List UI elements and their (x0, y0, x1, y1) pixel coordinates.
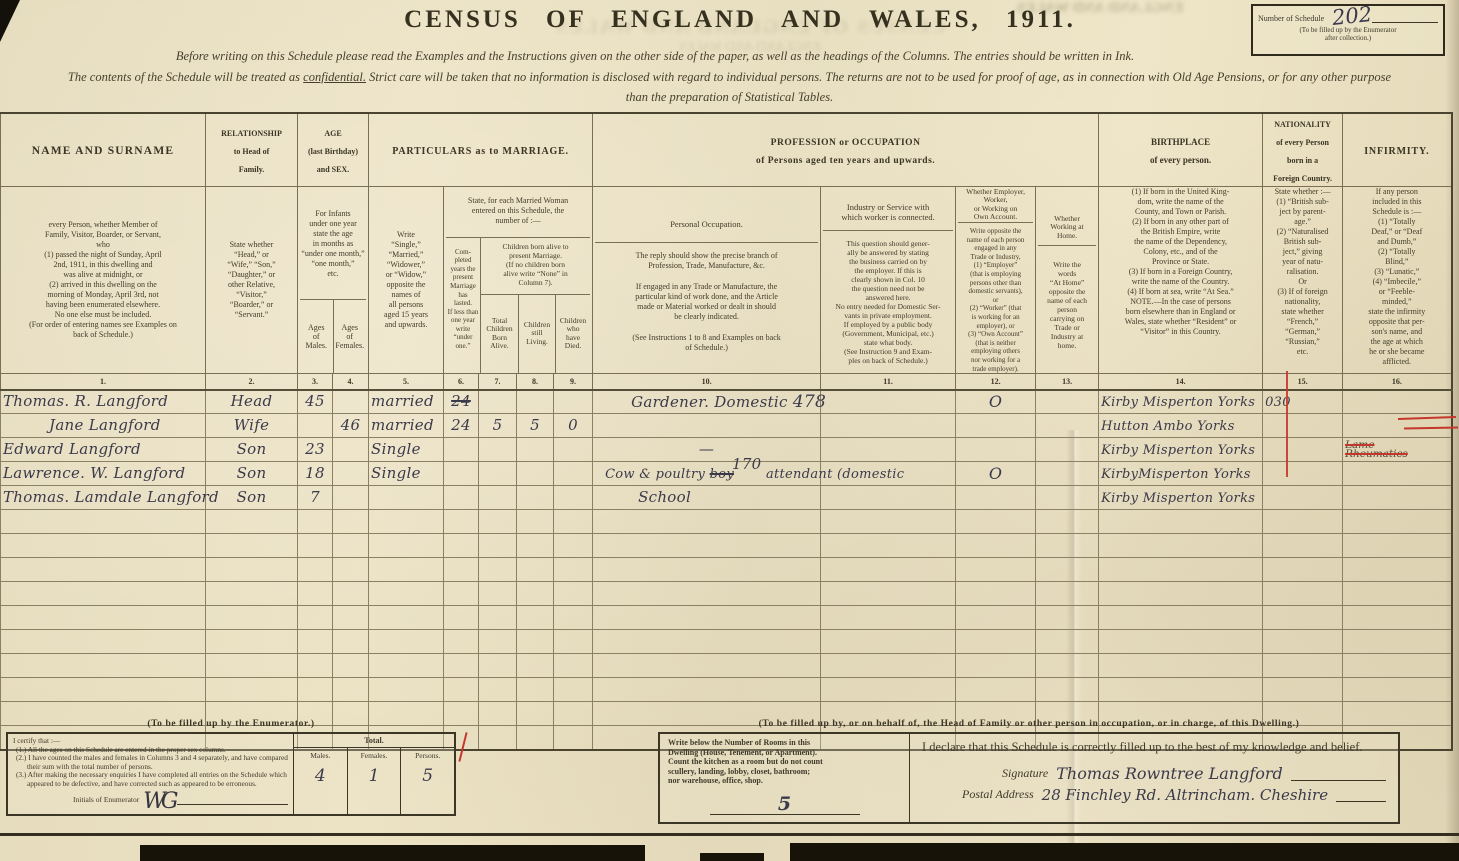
age-entry: 23 (305, 440, 325, 458)
empty-cell (333, 510, 369, 534)
empty-cell (517, 630, 554, 654)
marital-entry: Single (371, 464, 421, 482)
note-underlined-word: confidential. (303, 70, 366, 84)
empty-cell (593, 534, 821, 558)
empty-cell (1036, 534, 1099, 558)
empty-cell (333, 678, 369, 702)
age-entry: 45 (305, 392, 325, 410)
empty-cell (369, 654, 444, 678)
empty-cell (1, 534, 206, 558)
empty-cell (593, 582, 821, 606)
cell-infirmity (1343, 462, 1452, 486)
empty-table-row (1, 630, 1452, 654)
cell-nationality (1263, 438, 1343, 462)
cell-age-male: 45 (298, 390, 333, 414)
empty-cell (1, 558, 206, 582)
empty-cell (369, 678, 444, 702)
cell-occupation (593, 414, 821, 438)
cell-at-home (1036, 438, 1099, 462)
col-instructions-employer: Whether Employer, Worker, or Working on … (956, 187, 1036, 374)
column-number: 8. (517, 374, 554, 390)
signature-label: Signature (1002, 766, 1048, 781)
cell-children-living (517, 390, 554, 414)
totals-males: Males. 4 (294, 748, 347, 814)
group-label: RELATIONSHIP to Head of Family. (221, 129, 282, 174)
name-entry: Thomas. R. Langford (3, 392, 168, 410)
confidentiality-note-tail: than the preparation of Statistical Tabl… (0, 90, 1459, 105)
group-name-surname: NAME AND SURNAME (1, 113, 206, 187)
col-instructions-at-home: Whether Working at Home. Write the words… (1036, 187, 1099, 374)
empty-cell (444, 678, 479, 702)
cell-employer (956, 438, 1036, 462)
empty-cell (479, 678, 517, 702)
employer-annotation: O (989, 464, 1002, 483)
empty-cell (1, 654, 206, 678)
cell-name: Thomas. R. Langford (1, 390, 206, 414)
cell-age-female (333, 462, 369, 486)
cell-age-male: 18 (298, 462, 333, 486)
empty-cell (554, 534, 593, 558)
cell-children-born (479, 462, 517, 486)
occupation-code-annotation: 478 (793, 392, 826, 412)
cell-children-born (479, 390, 517, 414)
page-title: CENSUS OF ENGLAND AND WALES, 1911. (340, 6, 1140, 34)
empty-cell (333, 630, 369, 654)
relationship-entry: Son (237, 488, 267, 506)
cell-name: Lawrence. W. Langford (1, 462, 206, 486)
years-married-entry-struck: 24 (451, 392, 471, 410)
column-number: 3. (298, 374, 333, 390)
cell-age-female (333, 390, 369, 414)
col-instructions-relationship: State whether “Head,” or “Wife,” “Son,” … (206, 187, 298, 374)
cell-occupation: Gardener. Domestic478 (593, 390, 821, 414)
scan-edge-bar (700, 853, 764, 861)
cell-at-home (1036, 414, 1099, 438)
empty-cell (517, 678, 554, 702)
cell-nationality: 030 (1263, 390, 1343, 414)
cell-birthplace: Kirby Misperton Yorks (1099, 390, 1263, 414)
cell-marital: married (369, 414, 444, 438)
enumerator-section: (To be filled up by the Enumerator.) I c… (6, 719, 456, 816)
cell-children-died (554, 462, 593, 486)
empty-cell (517, 582, 554, 606)
signature-entry: Thomas Rowntree Langford (1056, 764, 1283, 783)
children-died-label: Children who have Died. (556, 295, 590, 373)
enumerator-initials-signature: WG (143, 795, 173, 809)
rooms-instructions: Write below the Number of Rooms in this … (668, 738, 901, 786)
group-age-sex: AGE (last Birthday) and SEX. (298, 113, 369, 187)
empty-cell (479, 510, 517, 534)
empty-cell (956, 678, 1036, 702)
empty-cell (956, 510, 1036, 534)
birthplace-entry: Hutton Ambo Yorks (1101, 419, 1235, 434)
col-instructions-nationality: State whether :— (1) “British sub- ject … (1263, 187, 1343, 374)
empty-cell (206, 534, 298, 558)
declaration-text: I declare that this Schedule is correctl… (922, 740, 1386, 755)
cell-relationship: Son (206, 462, 298, 486)
empty-cell (554, 630, 593, 654)
group-label: NATIONALITY of every Person born in a Fo… (1273, 120, 1332, 183)
marital-entry: Single (371, 440, 421, 458)
cell-children-living (517, 462, 554, 486)
empty-cell (554, 558, 593, 582)
empty-cell (1263, 558, 1343, 582)
cell-age-female (333, 486, 369, 510)
children-died-entry: 0 (568, 416, 578, 434)
empty-cell (206, 558, 298, 582)
cell-infirmity (1343, 390, 1452, 414)
bottom-rule-line (0, 833, 1459, 836)
cell-name: Thomas. Lamdale Langford (1, 486, 206, 510)
name-entry: Jane Langford (49, 416, 161, 434)
empty-cell (369, 582, 444, 606)
initials-label: Initials of Enumerator (73, 796, 139, 805)
cell-name: Jane Langford (1, 414, 206, 438)
empty-cell (1036, 606, 1099, 630)
occupation-entry: — (699, 440, 714, 458)
col-instructions-age: For Infants under one year state the age… (298, 187, 369, 374)
column-number: 2. (206, 374, 298, 390)
signature-line (1291, 774, 1386, 781)
empty-table-row (1, 534, 1452, 558)
column-number: 1. (1, 374, 206, 390)
column-number: 11. (821, 374, 956, 390)
relationship-entry: Son (237, 464, 267, 482)
note-text: The contents of the Schedule will be tre… (68, 70, 303, 84)
cell-occupation: — (593, 438, 821, 462)
column-number-row: 1. 2. 3. 4. 5. 6. 7. 8. 9. 10. 11. 12. 1… (1, 374, 1452, 390)
name-entry: Lawrence. W. Langford (3, 464, 185, 482)
empty-cell (821, 510, 956, 534)
empty-cell (369, 534, 444, 558)
red-annotation-line (1286, 371, 1288, 477)
group-infirmity: INFIRMITY. (1343, 113, 1452, 187)
cell-at-home (1036, 462, 1099, 486)
at-home-title: Whether Working at Home. (1038, 210, 1096, 246)
group-label: PARTICULARS as to MARRIAGE. (392, 146, 569, 157)
table-row: Jane Langford Wife 46 married 24 5 5 0 H… (1, 414, 1452, 438)
empty-cell (821, 534, 956, 558)
cell-birthplace: KirbyMisperton Yorks (1099, 462, 1263, 486)
cell-at-home (1036, 486, 1099, 510)
empty-cell (1, 678, 206, 702)
empty-table-row (1, 558, 1452, 582)
empty-cell (517, 534, 554, 558)
cell-industry (821, 438, 956, 462)
empty-table-row (1, 510, 1452, 534)
empty-cell (554, 606, 593, 630)
note-text: Strict care will be taken that no inform… (366, 70, 1391, 84)
empty-cell (1036, 654, 1099, 678)
scan-edge-bar (140, 845, 645, 861)
empty-cell (333, 558, 369, 582)
empty-cell (479, 606, 517, 630)
age-entry: 7 (310, 488, 320, 506)
industry-body: This question should gener- ally be answ… (823, 231, 953, 365)
cell-name: Edward Langford (1, 438, 206, 462)
empty-cell (1099, 606, 1263, 630)
industry-title: Industry or Service with which worker is… (823, 195, 953, 231)
cell-employer: O (956, 462, 1036, 486)
empty-cell (444, 582, 479, 606)
table-row: Thomas. R. Langford Head 45 married 24 G… (1, 390, 1452, 414)
empty-cell (821, 582, 956, 606)
empty-cell (593, 510, 821, 534)
occupation-body: The reply should show the precise branch… (595, 243, 818, 353)
occupation-entry: Gardener. Domestic (631, 393, 788, 411)
empty-cell (1099, 534, 1263, 558)
empty-cell (206, 582, 298, 606)
empty-cell (1099, 510, 1263, 534)
cell-industry (821, 390, 956, 414)
empty-cell (1, 606, 206, 630)
empty-cell (554, 726, 593, 750)
empty-cell (1343, 582, 1452, 606)
empty-cell (369, 510, 444, 534)
empty-cell (956, 558, 1036, 582)
cell-occupation: School (593, 486, 821, 510)
empty-cell (479, 630, 517, 654)
cell-marital (369, 486, 444, 510)
males-value: 4 (315, 766, 326, 786)
empty-cell (1099, 678, 1263, 702)
group-label: BIRTHPLACE of every person. (1150, 137, 1211, 165)
initials-line (177, 794, 288, 805)
cell-marital: Single (369, 462, 444, 486)
cell-birthplace: Hutton Ambo Yorks (1099, 414, 1263, 438)
group-label: NAME AND SURNAME (32, 145, 175, 157)
scan-edge-bar (790, 843, 1459, 861)
infirmity-entry-struck: Rheumatics (1345, 450, 1449, 459)
group-header-row: NAME AND SURNAME RELATIONSHIP to Head of… (1, 113, 1452, 187)
empty-cell (206, 630, 298, 654)
occupation-entry: School (638, 488, 691, 506)
enumerator-heading: (To be filled up by the Enumerator.) (6, 719, 456, 729)
cell-marital: Single (369, 438, 444, 462)
empty-cell (517, 558, 554, 582)
column-number: 9. (554, 374, 593, 390)
name-entry: Edward Langford (3, 440, 141, 458)
empty-cell (1036, 510, 1099, 534)
table-row: Edward Langford Son 23 Single — Kirby Mi… (1, 438, 1452, 462)
confidentiality-note: The contents of the Schedule will be tre… (0, 70, 1459, 85)
cell-industry (821, 414, 956, 438)
empty-cell (821, 630, 956, 654)
group-relationship: RELATIONSHIP to Head of Family. (206, 113, 298, 187)
empty-cell (298, 606, 333, 630)
occupation-entry-struck: boy (710, 467, 734, 482)
employer-body: Write opposite the name of each person e… (958, 223, 1033, 373)
instruction-note: Before writing on this Schedule please r… (30, 49, 1280, 64)
group-profession: PROFESSION or OCCUPATION of Persons aged… (593, 113, 1099, 187)
cell-years-married (444, 438, 479, 462)
schedule-number-value: 202 (1332, 7, 1373, 25)
col-instructions-infirmity: If any person included in this Schedule … (1343, 187, 1452, 374)
cell-children-born (479, 438, 517, 462)
empty-cell (956, 582, 1036, 606)
empty-cell (1263, 534, 1343, 558)
infants-note: For Infants under one year state the age… (300, 187, 366, 299)
name-entry: Thomas. Lamdale Langford (3, 488, 219, 506)
cell-age-male: 7 (298, 486, 333, 510)
empty-cell (1263, 606, 1343, 630)
empty-cell (206, 654, 298, 678)
employer-annotation: O (989, 392, 1002, 411)
empty-cell (517, 726, 554, 750)
cell-age-male (298, 414, 333, 438)
empty-cell (1036, 630, 1099, 654)
empty-cell (517, 654, 554, 678)
certify-item: (3.) After making the necessary enquirie… (13, 771, 288, 788)
empty-cell (554, 702, 593, 726)
empty-cell (593, 606, 821, 630)
empty-cell (333, 654, 369, 678)
marital-entry: married (371, 416, 434, 434)
persons-label: Persons. (415, 748, 440, 760)
empty-cell (298, 582, 333, 606)
relationship-entry: Head (231, 392, 273, 410)
occupation-entry: Cow & poultry (605, 467, 710, 482)
schedule-number-label: Number of Schedule (1258, 14, 1324, 23)
empty-cell (1099, 582, 1263, 606)
column-number: 6. (444, 374, 479, 390)
children-born-entry: 5 (493, 416, 503, 434)
empty-table-row (1, 582, 1452, 606)
table-row: Lawrence. W. Langford Son 18 Single Cow … (1, 462, 1452, 486)
empty-cell (517, 702, 554, 726)
females-value: 1 (369, 766, 380, 786)
empty-cell (593, 678, 821, 702)
at-home-body: Write the words “At Home” opposite the n… (1038, 246, 1096, 350)
relationship-entry: Son (237, 440, 267, 458)
scan-corner-artifact (0, 0, 20, 42)
totals-persons: Persons. 5 (400, 748, 454, 814)
empty-cell (956, 630, 1036, 654)
empty-cell (1099, 654, 1263, 678)
cell-at-home (1036, 390, 1099, 414)
totals-table: Total. Males. 4 Females. 1 Persons. 5 (293, 734, 454, 814)
cell-age-female: 46 (333, 414, 369, 438)
cell-infirmity (1343, 486, 1452, 510)
certify-item: (2.) I have counted the males and female… (13, 754, 288, 771)
cell-industry (821, 486, 956, 510)
empty-cell (333, 582, 369, 606)
postal-address-label: Postal Address (962, 787, 1034, 802)
cell-years-married (444, 486, 479, 510)
persons-value: 5 (422, 766, 433, 786)
group-birthplace: BIRTHPLACE of every person. (1099, 113, 1263, 187)
empty-cell (517, 510, 554, 534)
cell-relationship: Wife (206, 414, 298, 438)
column-number: 4. (333, 374, 369, 390)
col-instructions-occupation: Personal Occupation. The reply should sh… (593, 187, 821, 374)
married-woman-note: State, for each Married Woman entered on… (446, 188, 590, 238)
empty-cell (593, 558, 821, 582)
cell-children-died: 0 (554, 414, 593, 438)
empty-cell (1343, 630, 1452, 654)
empty-cell (479, 702, 517, 726)
address-line (1336, 795, 1386, 802)
title-text: Personal Occupation. (670, 220, 743, 230)
children-note: Children born alive to present Marriage.… (481, 238, 590, 295)
cell-nationality (1263, 462, 1343, 486)
empty-cell (479, 582, 517, 606)
empty-cell (1343, 558, 1452, 582)
column-number: 10. (593, 374, 821, 390)
empty-cell (479, 726, 517, 750)
group-label: PROFESSION or OCCUPATION of Persons aged… (756, 138, 935, 166)
empty-cell (206, 510, 298, 534)
empty-cell (1099, 558, 1263, 582)
occupation-code-annotation: 170 (732, 455, 762, 473)
empty-cell (298, 510, 333, 534)
empty-cell (1, 630, 206, 654)
empty-cell (369, 606, 444, 630)
empty-cell (554, 510, 593, 534)
empty-cell (444, 558, 479, 582)
col-instructions-birthplace: (1) If born in the United King- dom, wri… (1099, 187, 1263, 374)
empty-cell (1036, 582, 1099, 606)
empty-cell (298, 654, 333, 678)
rooms-box: Write below the Number of Rooms in this … (660, 734, 910, 822)
rooms-count-entry: 5 (710, 794, 860, 815)
column-number: 5. (369, 374, 444, 390)
empty-cell (821, 678, 956, 702)
children-born-label: Total Children Born Alive. (481, 295, 519, 373)
empty-cell (479, 654, 517, 678)
empty-table-row (1, 654, 1452, 678)
empty-cell (298, 678, 333, 702)
cell-occupation: Cow & poultry boy170 attendant (domestic (593, 462, 821, 486)
cell-relationship: Son (206, 438, 298, 462)
empty-cell (956, 606, 1036, 630)
cell-birthplace: Kirby Misperton Yorks (1099, 486, 1263, 510)
schedule-number-box: Number of Schedule 202 (To be filled up … (1251, 4, 1445, 56)
cell-years-married: 24 (444, 414, 479, 438)
enumerator-certification: I certify that :— (1.) All the ages on t… (8, 734, 293, 814)
empty-cell (444, 606, 479, 630)
col-instructions-marriage-detail: State, for each Married Woman entered on… (444, 187, 593, 374)
cell-nationality (1263, 414, 1343, 438)
instruction-header-row: every Person, whether Member of Family, … (1, 187, 1452, 374)
empty-cell (956, 534, 1036, 558)
empty-cell (479, 534, 517, 558)
census-table: NAME AND SURNAME RELATIONSHIP to Head of… (0, 112, 1453, 751)
column-number: 7. (479, 374, 517, 390)
cell-children-living (517, 438, 554, 462)
personal-occupation-title: Personal Occupation. (595, 207, 818, 243)
cell-children-died (554, 390, 593, 414)
empty-cell (1099, 630, 1263, 654)
schedule-number-line (1372, 8, 1438, 23)
cell-birthplace: Kirby Misperton Yorks (1099, 438, 1263, 462)
empty-cell (479, 558, 517, 582)
cell-children-died (554, 486, 593, 510)
census-schedule-page: CENSUS OF ENGLAND AND WALES ENGLAND AND … (0, 0, 1459, 861)
declaration-box: I declare that this Schedule is correctl… (910, 734, 1398, 822)
empty-cell (517, 606, 554, 630)
empty-cell (1263, 582, 1343, 606)
group-label: INFIRMITY. (1364, 146, 1429, 157)
cell-children-died (554, 438, 593, 462)
householder-section: (To be filled up by, or on behalf of, th… (658, 719, 1400, 824)
cell-employer: O (956, 390, 1036, 414)
cell-employer (956, 486, 1036, 510)
empty-cell (1263, 654, 1343, 678)
cell-years-married (444, 462, 479, 486)
empty-table-row (1, 678, 1452, 702)
males-label: Males. (310, 748, 330, 760)
